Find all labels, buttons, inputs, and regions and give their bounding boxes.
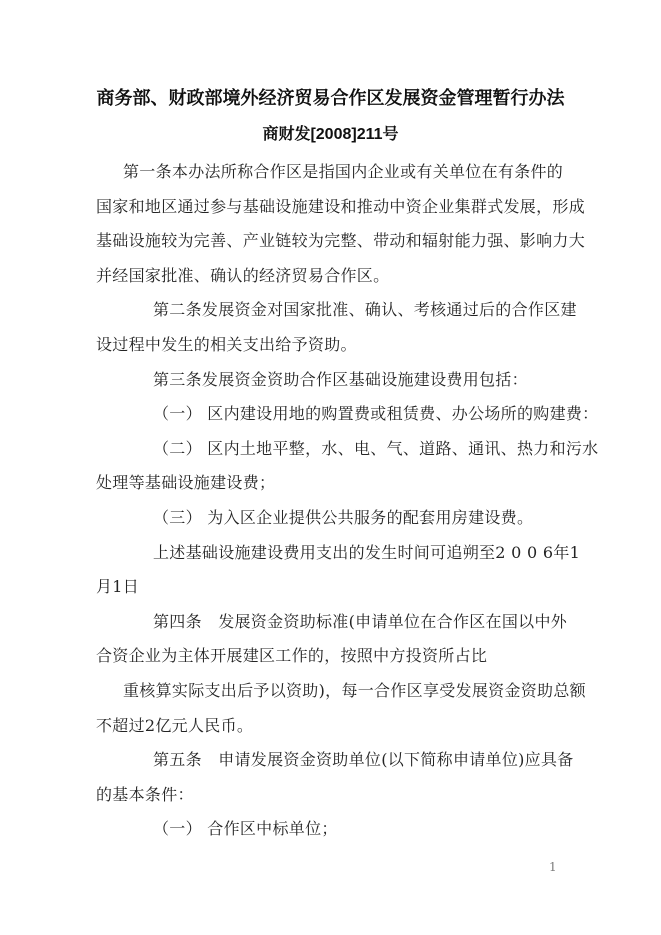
document-line-18: 第五条 申请发展资金资助单位(以下简称申请单位)应具备 [96, 743, 596, 778]
document-line-19: 的基本条件： [96, 778, 596, 813]
document-line-3: 基础设施较为完善、产业链较为完整、带动和辐射能力强、影响力大 [96, 224, 596, 259]
document-line-11: （三） 为入区企业提供公共服务的配套用房建设费。 [96, 501, 596, 536]
document-number: 商财发[2008]211号 [0, 121, 661, 144]
document-line-7: 第三条发展资金资助合作区基础设施建设费用包括： [96, 363, 596, 398]
document-line-1: 第一条本办法所称合作区是指国内企业或有关单位在有条件的 [96, 155, 596, 190]
document-line-4: 并经国家批准、确认的经济贸易合作区。 [96, 259, 596, 294]
document-line-2: 国家和地区通过参与基础设施建设和推动中资企业集群式发展，形成 [96, 190, 596, 225]
document-line-17: 不超过2亿元人民币。 [96, 709, 596, 744]
document-line-16: 重核算实际支出后予以资助)，每一合作区享受发展资金资助总额 [96, 674, 596, 709]
document-line-5: 第二条发展资金对国家批准、确认、考核通过后的合作区建 [96, 293, 596, 328]
document-line-9: （二） 区内土地平整，水、电、气、道路、通讯、热力和污水 [96, 432, 596, 467]
document-line-20: （一） 合作区中标单位； [96, 812, 596, 847]
document-body: 第一条本办法所称合作区是指国内企业或有关单位在有条件的国家和地区通过参与基础设施… [96, 155, 596, 847]
document-page: 商务部、财政部境外经济贸易合作区发展资金管理暂行办法 商财发[2008]211号… [0, 0, 661, 935]
document-line-8: （一） 区内建设用地的购置费或租赁费、办公场所的购建费： [96, 397, 596, 432]
document-title: 商务部、财政部境外经济贸易合作区发展资金管理暂行办法 [0, 84, 661, 110]
document-line-14: 第四条 发展资金资助标准(申请单位在合作区在国以中外 [96, 605, 596, 640]
document-line-12: 上述基础设施建设费用支出的发生时间可追朔至2 0 0 6年1 [96, 536, 596, 571]
document-line-13: 月1日 [96, 570, 596, 605]
document-line-6: 设过程中发生的相关支出给予资助。 [96, 328, 596, 363]
document-line-10: 处理等基础设施建设费； [96, 466, 596, 501]
document-line-15: 合资企业为主体开展建区工作的，按照中方投资所占比 [96, 639, 596, 674]
page-number: 1 [549, 860, 557, 874]
